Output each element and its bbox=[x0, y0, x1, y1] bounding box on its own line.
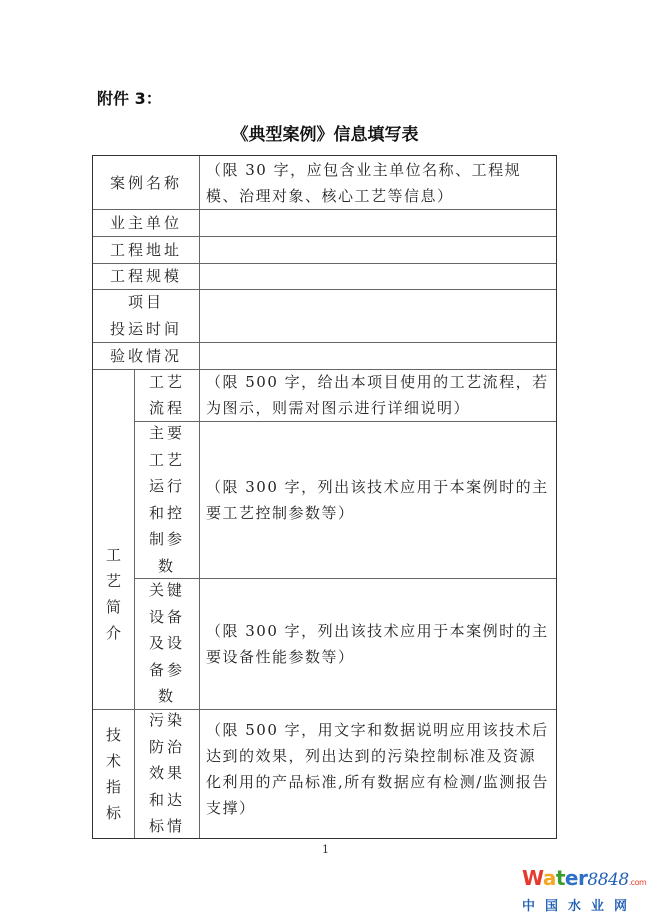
label-line: 设备 bbox=[149, 604, 185, 631]
label-line: 制参 bbox=[149, 526, 185, 553]
label-key-equipment: 关键 设备 及设 备参 数 bbox=[135, 578, 199, 709]
label-char: 指 bbox=[106, 774, 121, 800]
info-form-table: 案例名称 （限 30 字，应包含业主单位名称、工程规模、治理对象、核心工艺等信息… bbox=[92, 155, 557, 839]
label-char: 标 bbox=[106, 800, 121, 826]
label-line: 数 bbox=[158, 553, 176, 580]
label-line: 运行 bbox=[149, 473, 185, 500]
label-line: 工艺 bbox=[149, 447, 185, 474]
label-line: 效果 bbox=[149, 760, 185, 787]
field-case-name[interactable]: （限 30 字，应包含业主单位名称、工程规模、治理对象、核心工艺等信息） bbox=[200, 156, 556, 209]
label-line: 主要 bbox=[149, 420, 185, 447]
field-acceptance[interactable] bbox=[200, 342, 556, 369]
label-char: 术 bbox=[106, 748, 121, 774]
label-char: 工 bbox=[106, 542, 121, 568]
label-char: 技 bbox=[106, 722, 121, 748]
label-project-scale: 工程规模 bbox=[93, 263, 199, 289]
watermark-chinese: 中国水业网 bbox=[522, 895, 640, 914]
label-char: 艺 bbox=[106, 568, 121, 594]
watermark-logo: Water8848.com 中国水业网 bbox=[522, 868, 640, 914]
field-pollution-control[interactable]: （限 500 字，用文字和数据说明应用该技术后达到的效果，列出达到的污染控制标准… bbox=[200, 709, 556, 838]
attachment-label: 附件 3： bbox=[97, 86, 162, 109]
group-label-process-intro: 工 艺 简 介 bbox=[93, 369, 134, 709]
label-line: 污染 bbox=[149, 707, 185, 734]
label-line: 流程 bbox=[149, 395, 185, 422]
brand-letter: t bbox=[556, 866, 565, 890]
label-line: 防治 bbox=[149, 734, 185, 761]
brand-letter: a bbox=[543, 866, 556, 890]
label-line: 投运时间 bbox=[110, 316, 182, 343]
label-case-name: 案例名称 bbox=[93, 156, 199, 209]
brand-letter: r bbox=[578, 866, 587, 890]
label-char: 简 bbox=[106, 594, 121, 620]
field-operating-params[interactable]: （限 300 字，列出该技术应用于本案例时的主要工艺控制参数等） bbox=[200, 421, 556, 578]
field-project-address[interactable] bbox=[200, 236, 556, 263]
label-line: 项目 bbox=[128, 289, 164, 316]
field-key-equipment[interactable]: （限 300 字，列出该技术应用于本案例时的主要设备性能参数等） bbox=[200, 578, 556, 709]
label-line: 关键 bbox=[149, 577, 185, 604]
label-line: 数 bbox=[158, 683, 176, 710]
label-line: 备参 bbox=[149, 657, 185, 684]
field-operation-time[interactable] bbox=[200, 289, 556, 342]
page-title: 《典型案例》信息填写表 bbox=[0, 120, 650, 145]
label-char: 介 bbox=[106, 620, 121, 646]
brand-number: 8848 bbox=[587, 870, 628, 890]
field-project-scale[interactable] bbox=[200, 263, 556, 289]
watermark-brand: Water8848.com bbox=[522, 868, 640, 893]
brand-domain: .com bbox=[629, 878, 647, 887]
field-process-flow[interactable]: （限 500 字，给出本项目使用的工艺流程，若为图示，则需对图示进行详细说明） bbox=[200, 369, 556, 421]
label-process-flow: 工艺 流程 bbox=[135, 369, 199, 421]
label-line: 标情 bbox=[149, 813, 185, 840]
label-acceptance: 验收情况 bbox=[93, 342, 199, 369]
page-number: 1 bbox=[322, 843, 329, 856]
group-label-tech-indicators: 技 术 指 标 bbox=[93, 709, 134, 838]
label-owner-unit: 业主单位 bbox=[93, 209, 199, 236]
brand-letter: W bbox=[522, 866, 543, 890]
label-project-address: 工程地址 bbox=[93, 236, 199, 263]
label-operating-params: 主要 工艺 运行 和控 制参 数 bbox=[135, 421, 199, 578]
label-line: 工艺 bbox=[149, 369, 185, 396]
label-line: 和控 bbox=[149, 500, 185, 527]
label-pollution-control: 污染 防治 效果 和达 标情 bbox=[135, 709, 199, 838]
label-line: 及设 bbox=[149, 630, 185, 657]
field-owner-unit[interactable] bbox=[200, 209, 556, 236]
brand-letter: e bbox=[565, 866, 578, 890]
label-operation-time: 项目 投运时间 bbox=[93, 289, 199, 342]
label-line: 和达 bbox=[149, 787, 185, 814]
